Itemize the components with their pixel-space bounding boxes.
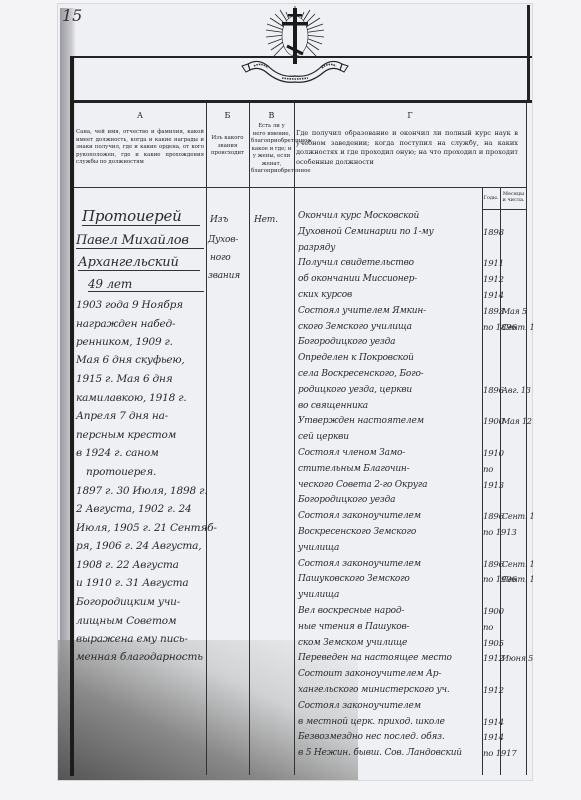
biography-line: 1908 г. 22 Августа [76,559,179,571]
service-entry-text: ческого Совета 2-го Округа [298,480,427,490]
biography-line: 1897 г. 30 Июля, 1898 г. [76,485,207,497]
service-entry-text: хангельского министерского уч. [298,685,450,695]
frame-right-border [527,5,530,103]
service-entry-year: 1900 [483,607,504,617]
origin-line: ного [210,253,231,263]
column-header-rank-name: Сана, чей имя, отчество и фамилия, какой… [76,129,204,167]
service-entry-year: 1911 [483,259,504,269]
service-entry-text: Состоит законоучителем Ар- [298,669,441,679]
service-entry-text: Состоял членом Замо- [298,448,405,458]
service-entry-year: 1912 [483,686,504,696]
service-entry-date: Сент. 1 [502,575,535,584]
service-entry-text: училища [298,590,339,600]
service-entry-date: Мая 5 [502,307,527,316]
age: 49 лет [88,277,204,292]
service-entry-text: Состоял законоучителем [298,701,421,711]
service-entry-text: разряду [298,243,335,253]
orthodox-cross-with-rays-icon [240,4,350,84]
column-header-education-service: Где получил образование и окончил ли пол… [296,129,518,167]
service-entry-text: ные чтения в Пашуков- [298,622,409,632]
service-entry-year: 1914 [483,291,504,301]
service-entry-year: по [483,623,493,633]
service-entry-text: Вел воскресные народ- [298,606,404,616]
subheader-divider [482,209,526,210]
service-entry-year: 1896 [483,560,504,570]
service-entry-date: Сент. 1 [502,512,535,521]
column-letter-b: Б [206,111,249,120]
service-entry-text: сей церкви [298,432,349,442]
service-entry-year: по [483,465,493,475]
biography-line: Мая 6 дня скуфьею, [76,354,185,366]
service-entry-year: 1896 [483,512,504,522]
service-entry-text: ском Земском училище [298,638,407,648]
service-entry-year: 1896 [483,386,504,396]
subheader-month-day: Месяцы и числа. [501,191,526,203]
biography-line: ря, 1906 г. 24 Августа, [76,540,201,552]
service-entry-text: в 5 Нежин. бывш. Сов. Ландовский [298,748,462,758]
biography-line: персным крестом [76,429,176,441]
service-entry-text: ского Земского училища [298,322,412,332]
biography-line: выражена ему пись- [76,633,188,645]
service-entry-text: Воскресенского Земского [298,527,416,537]
service-entry-text: Переведен на настоящее место [298,653,452,663]
service-entry-text: училища [298,543,339,553]
service-entry-year: 1912 [483,654,504,664]
service-entry-date: Сент. 1 [502,323,535,332]
biography-line: Апреля 7 дня на- [76,410,168,422]
column-letter-g: Г [294,111,526,120]
service-entry-text: в местной церк. приход. школе [298,717,445,727]
service-entry-text: Богородицкого уезда [298,495,395,505]
biography-line: Богородицким учи- [76,596,180,608]
service-entry-text: Утвержден настоятелем [298,416,424,426]
service-entry-year: по 1913 [483,528,517,538]
service-entry-text: Состоял учителем Ямкин- [298,306,426,316]
service-entry-year: 1914 [483,733,504,743]
property-value: Нет. [254,215,278,225]
column-header-origin: Изъ какого звания происходит [208,135,247,158]
biography-line: Июля, 1905 г. 21 Сентяб- [76,522,217,534]
service-entry-text: стительным Благочин- [298,464,409,474]
service-entry-year: 1893 [483,307,504,317]
column-divider [206,103,207,775]
biography-line: 1903 года 9 Ноября [76,299,183,311]
frame-top-border [70,56,532,58]
biography-line: ренником, 1909 г. [76,336,173,348]
biography-line: камилавкою, 1918 г. [76,392,186,404]
subheader-years: Годы. [482,195,500,201]
service-entry-date: Мая 12 [502,417,532,426]
biography-line: в 1924 г. саном [76,447,159,459]
service-entry-year: 1905 [483,639,504,649]
column-divider [249,103,250,775]
page-number: 15 [62,6,82,25]
service-entry-year: 1912 [483,275,504,285]
service-entry-text: Духовной Семинарии по 1-му [298,227,434,237]
service-entry-year: 1910 [483,449,504,459]
biography-line: и 1910 г. 31 Августа [76,577,188,589]
service-entry-text: Получил свидетельство [298,258,414,268]
column-header-property: Есть ли у него имение, благоприобретенно… [251,123,292,176]
service-entry-text: Определен к Покровской [298,353,414,363]
biography-line: протоиерея. [86,466,156,478]
service-entry-year: 1914 [483,718,504,728]
service-entry-text: об окончании Миссионер- [298,274,417,284]
biography-line: награжден набед- [76,318,175,330]
full-name: Павел Михайлов [76,233,204,249]
service-entry-text: Состоял законоучителем [298,559,421,569]
biography-line: лищным Советом [76,615,176,627]
column-letter-a: А [74,111,206,120]
service-record-table: А Б В Г Сана, чей имя, отчество и фамили… [74,103,527,775]
service-entry-text: Состоял законоучителем [298,511,421,521]
biography-line: 1915 г. Мая 6 дня [76,373,172,385]
origin-line: Изъ [210,215,228,225]
surname: Архангельский [78,255,200,271]
service-entry-text: родицкого уезда, церкви [298,385,412,395]
service-entry-date: Июня 5 [502,654,533,663]
service-entry-text: Пашуковского Земского [298,574,410,584]
service-entry-text: села Воскресенского, Бого- [298,369,424,379]
column-divider [294,103,295,775]
origin-line: звания [208,271,240,281]
service-entry-date: Авг. 13 [502,386,531,395]
service-entry-year: 1913 [483,481,504,491]
biography-line: 2 Августа, 1902 г. 24 [76,503,191,515]
service-entry-year: по 1917 [483,749,517,759]
service-entry-year: 1898 [483,228,504,238]
service-entry-text: Богородицкого уезда [298,337,395,347]
biography-line: менная благодарность [76,651,203,663]
column-letter-v: В [249,111,294,120]
service-entry-date: Сент. 1 [502,560,535,569]
service-entry-year: 1900 [483,417,504,427]
service-entry-text: во священника [298,401,368,411]
origin-line: Духов- [208,235,238,245]
service-entry-text: Безвозмездно нес послед. обяз. [298,732,445,742]
header-divider [74,187,526,188]
service-entry-text: ских курсов [298,290,352,300]
rank: Протоиерей [82,207,200,226]
service-entry-text: Окончил курс Московской [298,211,419,221]
